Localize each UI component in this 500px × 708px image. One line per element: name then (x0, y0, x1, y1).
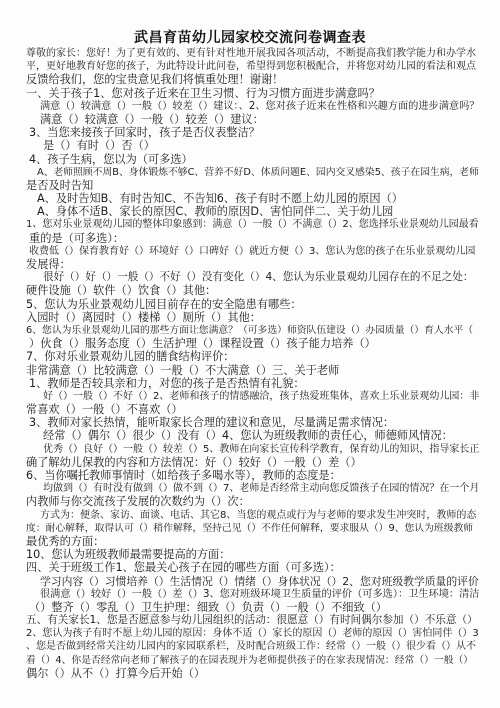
questionnaire-line: 非常满意（）比较满意（）一般（）不大满意（）三、关于老师 (26, 364, 478, 377)
questionnaire-line: 1、教师是否较具亲和力，对您的孩子是否热情有礼貌： (26, 377, 478, 390)
questionnaire-line: 反馈给我们，您的宝贵意见我们将慎重处理！谢谢！ (26, 73, 478, 86)
questionnaire-line: 重的是（可多选）： (26, 232, 478, 245)
questionnaire-line: A、老师照顾不周B、身体锻炼不够C、营养不好D、体质问题E、园内交叉感染5、孩子… (26, 166, 478, 179)
questionnaire-body: 尊敬的家长：您好！为了更有效的、更有针对性地开展我园各项活动，不断提高我们教学能… (26, 47, 478, 680)
questionnaire-line: 3、教师对家长热情，能听取家长合理的建议和意见，尽量满足需求情况： (26, 416, 478, 429)
questionnaire-line: （）整齐（）零乱（）卫生护理：细致（）负责（）一般（）不细致（） (26, 601, 478, 614)
questionnaire-line: 经常（）偶尔（）很少（）没有（）4、您认为班级教师的责任心，师德师风情况： (26, 429, 478, 442)
questionnaire-line: 学习内容（）习惯培养（）生活情况（）情绪（）身体状况（）2、您对班级教学质量的评… (26, 575, 478, 588)
questionnaire-line: 度：耐心解释，取得认可（）稍作解释，坚持己见（）不作任何解释，要求服从（）9、您… (26, 522, 478, 535)
questionnaire-line: 1、您对乐业景观幼儿园的整体印象感到：满意（）一般（）不满意（）2、您选择乐业景… (26, 218, 478, 231)
questionnaire-line: 偶尔（）从不（）打算今后开始（） (26, 667, 478, 680)
document-page: 武昌育苗幼儿园家校交流问卷调查表 尊敬的家长：您好！为了更有效的、更有针对性地开… (0, 0, 500, 708)
questionnaire-line: 入园时（）离园时（）楼梯（）厕所（）其他： (26, 311, 478, 324)
questionnaire-line: 收费低（）保育教育好（）环境好（）口碑好（）就近方便（）3、您认为您的孩子在乐业… (26, 245, 478, 258)
questionnaire-line: 3、当您来接孩子回家时，孩子是否仪表整洁？ (26, 126, 478, 139)
questionnaire-line: 2、您认为孩子有时不愿上幼儿园的原因：身体不适（）家长的原因（）老师的原因（）害… (26, 627, 478, 640)
questionnaire-line: 4、孩子生病，您以为（可多选） (26, 153, 478, 166)
questionnaire-line: 最优秀的方面： (26, 535, 478, 548)
questionnaire-line: 发展得： (26, 258, 478, 271)
questionnaire-line: 6、您认为乐业景观幼儿园的那些方面让您满意？（可多选）师资队伍建设（）办园质量（… (26, 324, 478, 337)
questionnaire-line: 五、有关家长1、您是否愿意参与幼儿园组织的活动：很愿意（）有时间偶尔参加（）不乐… (26, 614, 478, 627)
questionnaire-line: 7、你对乐业景观幼儿园的膳食结构评价： (26, 350, 478, 363)
questionnaire-line: 看（）4、你是否经常向老师了解孩子的在园表现并为老师提供孩子的在家表现情况：经常… (26, 654, 478, 667)
questionnaire-line: 尊敬的家长：您好！为了更有效的、更有针对性地开展我园各项活动，不断提高我们教学能… (26, 47, 478, 60)
questionnaire-line: 确了解幼儿保教的内容和方法情况：好（）较好（）一般（）差（） (26, 456, 478, 469)
questionnaire-line: 好（）一般（）不好（）2、老师和孩子的情感融洽，孩子热爱班集体，喜欢上乐业景观幼… (26, 390, 478, 403)
questionnaire-line: 平，更好地教育好您的孩子，为此特设计此问卷，希望得到您积极配合，并将您对幼儿园的… (26, 60, 478, 73)
questionnaire-line: 内教师与你交流孩子发展的次数约为（）次： (26, 495, 478, 508)
questionnaire-line: 均做到（）有时没有做到（）做不到（）7、老师是否经常主动向您反馈孩子在园的情况？… (26, 482, 478, 495)
questionnaire-line: 6、当你嘱托教师事情时（如给孩子多喝水等），教师的态度是： (26, 469, 478, 482)
questionnaire-line: ）伙食（）服务态度（）生活护理（）课程设置（）孩子能力培养（） (26, 337, 478, 350)
document-title: 武昌育苗幼儿园家校交流问卷调查表 (0, 27, 500, 47)
questionnaire-line: 是否及时告知 (26, 179, 478, 192)
questionnaire-line: 满意（）较满意（）一般（）较差（）建议：、2、您对孩子近来在性格和兴趣方面的进步… (26, 100, 478, 113)
questionnaire-line: 常喜欢（）一般（）不喜欢（） (26, 403, 478, 416)
questionnaire-line: A、及时告知B、有时告知C、不告知6、孩子有时不愿上幼儿园的原因（） (26, 192, 478, 205)
questionnaire-line: 方式为：便条、家访、面谈、电话、其它8、当您的观点或行为与老师的要求发生冲突时，… (26, 509, 478, 522)
questionnaire-line: 很满意（）较好（）一般（）差（）3、您对班级环境卫生质量的评价（可多选）：卫生环… (26, 588, 478, 601)
questionnaire-line: 很好（）好（）一般（）不好（）没有变化（）4、您认为乐业景观幼儿园存在的不足之处… (26, 271, 478, 284)
questionnaire-line: A、身体不适B、家长的原因C、教师的原因D、害怕同伴二、关于幼儿园 (26, 205, 478, 218)
questionnaire-line: 10、您认为班级教师最需要提高的方面： (26, 548, 478, 561)
questionnaire-line: 优秀（）良好（）一般（）较差（）5、教师在向家长宣传科学教育，保育幼儿的知识，指… (26, 443, 478, 456)
questionnaire-line: 四、关于班级工作1、您最关心孩子在园的哪些方面（可多选）： (26, 561, 478, 574)
questionnaire-line: 硬件设施（）软件（）饮食（）其他： (26, 284, 478, 297)
questionnaire-line: 5、您认为乐业景观幼儿园目前存在的安全隐患有哪些： (26, 298, 478, 311)
questionnaire-line: 满意（）较满意（）一般（）较差（）建议： (26, 113, 478, 126)
questionnaire-line: 是（）有时（）否（） (26, 139, 478, 152)
questionnaire-line: 一、关于孩子1、您对孩子近来在卫生习惯、行为习惯方面进步满意吗？ (26, 87, 478, 100)
questionnaire-line: 、您是否做到经常关注幼儿园内的家园联系栏，及时配合班级工作：经常（）一般（）很少… (26, 640, 478, 653)
